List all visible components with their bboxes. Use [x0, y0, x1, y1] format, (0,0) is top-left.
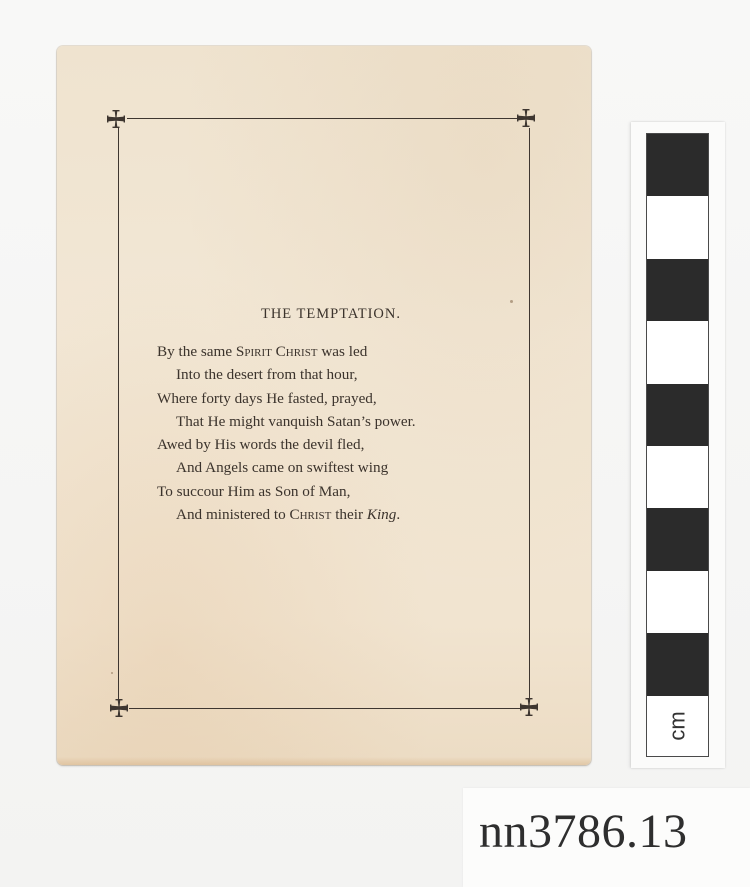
poem-line: To succour Him as Son of Man, [157, 480, 497, 503]
poem-text-segment: Into the desert from that hour, [176, 366, 358, 383]
poem-line: Into the desert from that hour, [157, 363, 497, 386]
scale-segment-black [647, 508, 708, 570]
paper-speck [111, 672, 113, 674]
cross-pattee-icon [109, 698, 129, 718]
poem-title: THE TEMPTATION. [157, 306, 497, 323]
poem-text-segment: King [367, 506, 397, 523]
poem-text-segment: And Angels came on swiftest wing [176, 459, 388, 476]
scale-unit-label: cm [647, 695, 708, 756]
poem-text-segment: Christ [289, 506, 331, 523]
poem-line: Awed by His words the devil fled, [157, 433, 497, 456]
poem-text-segment: By the same [157, 343, 236, 360]
scale-segment-white [647, 196, 708, 258]
poem-line: That He might vanquish Satan’s power. [157, 410, 497, 433]
poem-text-segment: Where forty days He fasted, prayed, [157, 390, 377, 407]
poem-stanza: By the same Spirit Christ was ledInto th… [157, 340, 497, 526]
poem-text-segment: Spirit Christ [236, 343, 318, 360]
scale-segment-black [647, 259, 708, 321]
scale-ruler-bar: cm [646, 133, 709, 757]
cross-pattee-icon [106, 109, 126, 129]
frame-left-rule [118, 128, 119, 700]
scale-segment-white [647, 571, 708, 633]
catalog-number: nn3786.13 [479, 804, 688, 859]
cross-pattee-icon [516, 108, 536, 128]
poem-text-segment: their [331, 506, 366, 523]
paper-speck [510, 300, 513, 303]
poem-text-segment: Awed by His words the devil fled, [157, 436, 364, 453]
scale-ruler: cm [631, 122, 725, 768]
poem-line: And ministered to Christ their King. [157, 503, 497, 526]
poem-text-segment: That He might vanquish Satan’s power. [176, 413, 416, 430]
frame-right-rule [529, 128, 530, 700]
catalog-number-label: nn3786.13 [463, 788, 750, 887]
scale-segment-white [647, 446, 708, 508]
poem-text-segment: was led [318, 343, 368, 360]
poem-line: By the same Spirit Christ was led [157, 340, 497, 363]
cross-pattee-icon [519, 697, 539, 717]
frame-top-rule [127, 118, 518, 119]
poem-text-segment: And ministered to [176, 506, 289, 523]
poem-text-segment: To succour Him as Son of Man, [157, 483, 350, 500]
scale-segment-white [647, 321, 708, 383]
scale-segment-black [647, 633, 708, 695]
poem-line: Where forty days He fasted, prayed, [157, 387, 497, 410]
scale-segment-black [647, 134, 708, 196]
poem-text-segment: . [396, 506, 400, 523]
scale-segment-black [647, 384, 708, 446]
poem-line: And Angels came on swiftest wing [157, 456, 497, 479]
poem-card: THE TEMPTATION. By the same Spirit Chris… [57, 46, 591, 765]
poem: THE TEMPTATION. By the same Spirit Chris… [157, 306, 497, 526]
frame-bottom-rule [129, 708, 520, 709]
